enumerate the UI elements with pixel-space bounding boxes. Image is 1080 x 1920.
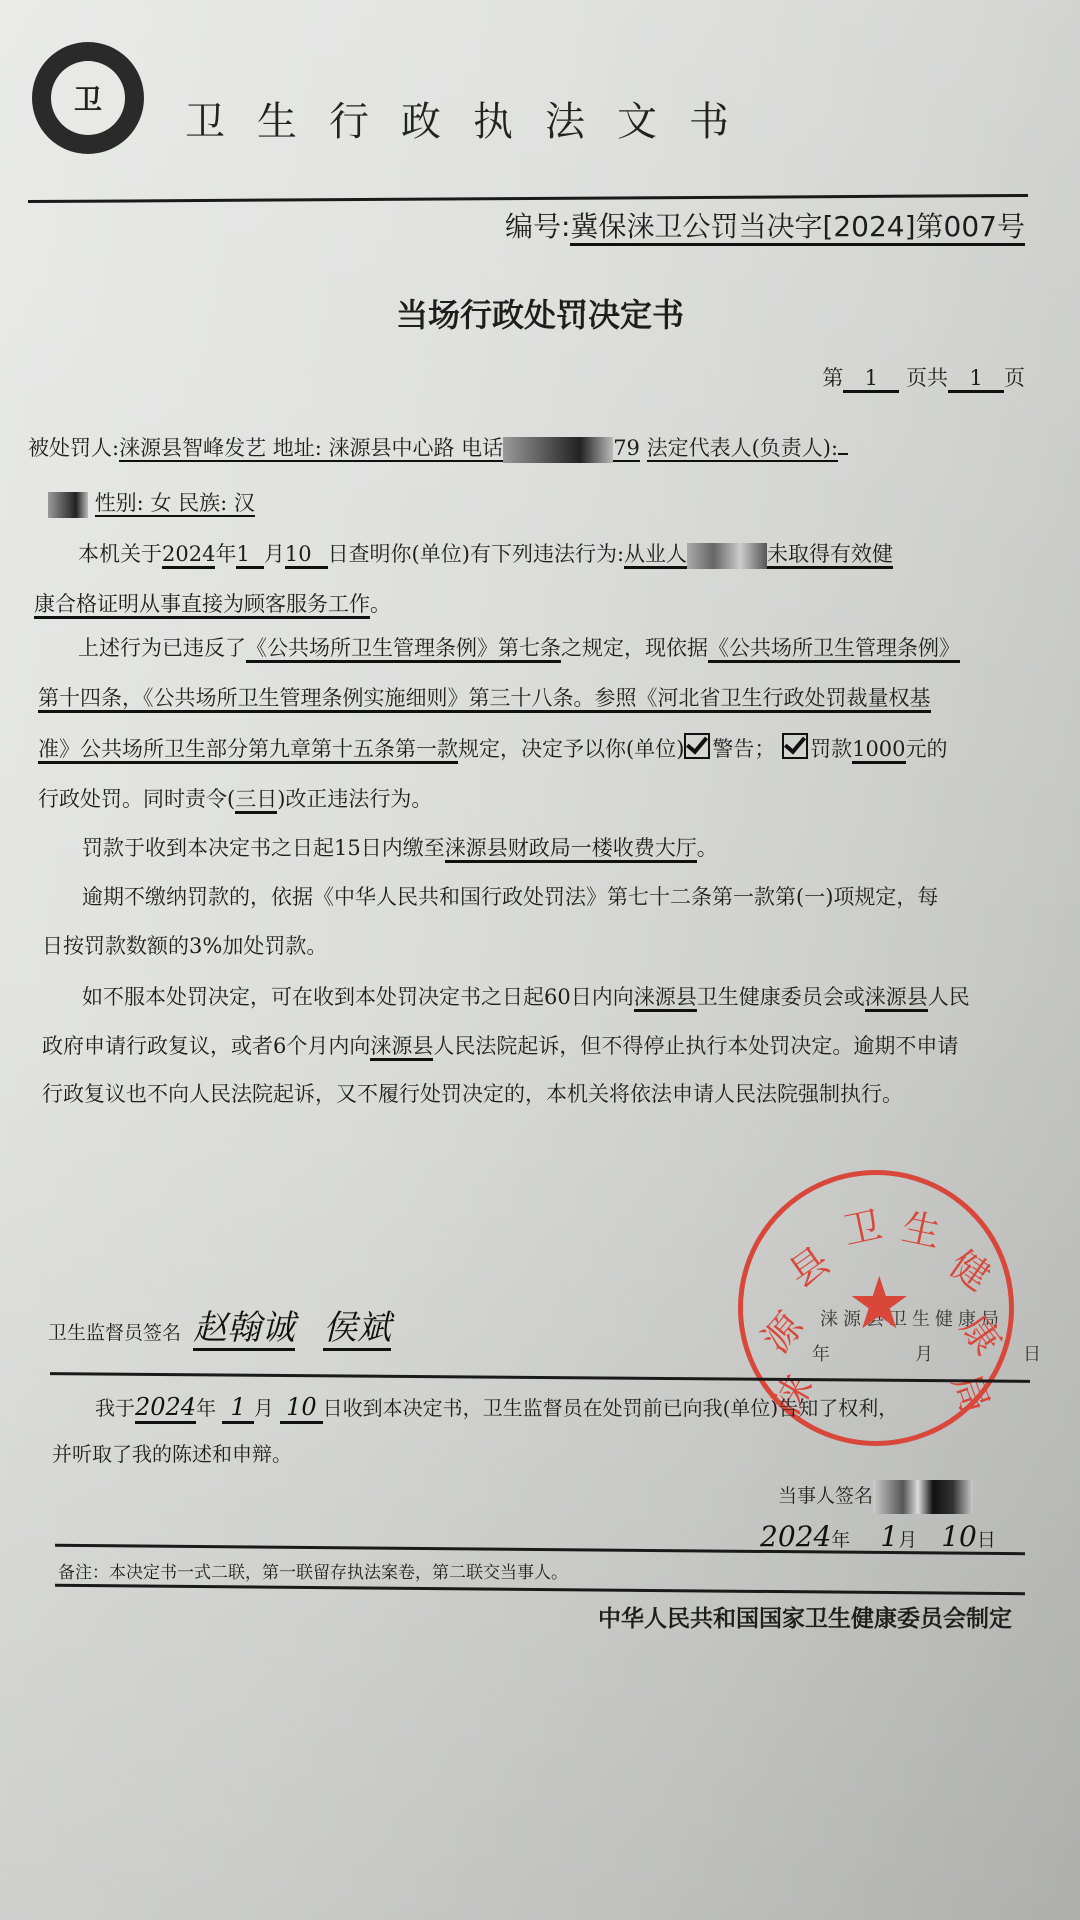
receipt-prefix: 我于 bbox=[95, 1396, 135, 1420]
law-basis: 《公共场所卫生管理条例》 bbox=[708, 636, 960, 663]
finding-line-2: 康合格证明从事直接为顾客服务工作。 bbox=[34, 588, 391, 618]
warning-label: 警告 bbox=[712, 737, 754, 761]
sign-day: 10 bbox=[941, 1520, 977, 1553]
inspector-signature-2: 侯斌 bbox=[323, 1308, 391, 1351]
remark: 备注：本决定书一式二联，第一联留存执法案卷，第二联交当事人。 bbox=[58, 1558, 568, 1583]
discretion-standard: 准》公共场所卫生部分第九章第十五条第一款 bbox=[38, 737, 458, 764]
inspector-label: 卫生监督员签名 bbox=[48, 1322, 181, 1344]
redacted-party-signature bbox=[873, 1480, 973, 1514]
party-line: 被处罚人:涞源县智峰发艺 地址: 涞源县中心路 电话79 法定代表人(负责人): bbox=[28, 432, 848, 463]
basis-line-1: 上述行为已违反了《公共场所卫生管理条例》第七条之规定，现依据《公共场所卫生管理条… bbox=[78, 632, 960, 662]
redacted-phone bbox=[503, 437, 613, 463]
document-number: 编号:冀保涞卫公罚当决字[2024]第007号 bbox=[505, 205, 1025, 245]
correction-text: 行政处罚。同时责令( bbox=[38, 787, 235, 811]
receipt-text: 日收到本决定书，卫生监督员在处罚前已向我(单位)告知了权利， bbox=[323, 1396, 899, 1420]
law-references: 第十四条，《公共场所卫生管理条例实施细则》第三十八条。参照《河北省卫生行政处罚裁… bbox=[38, 686, 931, 713]
receipt-month: 1 bbox=[222, 1393, 253, 1424]
overdue-line-1: 逾期不缴纳罚款的，依据《中华人民共和国行政处罚法》第七十二条第一款第(一)项规定… bbox=[82, 881, 938, 911]
inspector-signature-row: 卫生监督员签名 赵翰诚 侯斌 bbox=[48, 1300, 391, 1349]
separator: ； bbox=[754, 737, 775, 761]
month-suffix: 月 bbox=[264, 542, 285, 566]
finding-day: 10 bbox=[285, 542, 328, 569]
appeal-text: 如不服本处罚决定，可在收到本处罚决定书之日起60日内向 bbox=[82, 985, 634, 1009]
pager-prefix: 第 bbox=[822, 366, 843, 390]
month-suffix: 月 bbox=[254, 1396, 274, 1420]
party-signature-row: 当事人签名 bbox=[778, 1480, 973, 1514]
appeal-line-1: 如不服本处罚决定，可在收到本处罚决定书之日起60日内向涞源县卫生健康委员会或涞源… bbox=[82, 981, 970, 1011]
month-label: 月 bbox=[898, 1529, 917, 1551]
year-suffix: 年 bbox=[196, 1396, 216, 1420]
law-violated: 《公共场所卫生管理条例》第七条 bbox=[246, 636, 561, 663]
finding-line: 本机关于2024年1月10日查明你(单位)有下列违法行为:从业人未取得有效健 bbox=[78, 538, 893, 569]
series-title: 卫生行政执法文书 bbox=[185, 90, 761, 147]
sign-month: 1 bbox=[880, 1520, 898, 1553]
emblem-center: 卫 bbox=[51, 61, 125, 135]
correction-deadline: 三日 bbox=[235, 787, 277, 814]
pager-middle: 页共 bbox=[906, 366, 948, 390]
redacted-rep-name bbox=[48, 492, 88, 518]
year-label: 年 bbox=[831, 1529, 850, 1551]
correction-text: )改正违法行为。 bbox=[277, 787, 432, 811]
basis-line-2: 第十四条，《公共场所卫生管理条例实施细则》第三十八条。参照《河北省卫生行政处罚裁… bbox=[38, 682, 931, 712]
county: 涞源县 bbox=[865, 985, 928, 1012]
receipt-day: 10 bbox=[280, 1393, 323, 1424]
issuing-authority-footer: 中华人民共和国国家卫生健康委员会制定 bbox=[598, 1600, 1012, 1633]
appeal-text: 政府申请行政复议，或者6个月内向 bbox=[42, 1034, 370, 1058]
payment-line: 罚款于收到本决定书之日起15日内缴至涞源县财政局一楼收费大厅。 bbox=[82, 832, 718, 862]
page-indicator: 第1 页共1页 bbox=[822, 362, 1025, 393]
overdue-line-2: 日按罚款数额的3%加处罚款。 bbox=[42, 930, 327, 960]
current-page: 1 bbox=[843, 366, 899, 393]
violation-end: 康合格证明从事直接为顾客服务工作 bbox=[34, 592, 370, 619]
violation-start: 从业人 bbox=[624, 542, 687, 569]
redacted-employee bbox=[687, 543, 767, 569]
party-name-address: 涞源县智峰发艺 地址: 涞源县中心路 电话 bbox=[119, 436, 503, 462]
fine-suffix: 元的 bbox=[906, 737, 948, 761]
appeal-line-3: 行政复议也不向人民法院起诉，又不履行处罚决定的，本机关将依法申请人民法院强制执行… bbox=[42, 1078, 903, 1108]
violation-mid: 未取得有效健 bbox=[767, 542, 893, 569]
decision-text: 规定，决定予以你(单位) bbox=[458, 737, 684, 761]
day-suffix: 日查明你(单位)有下列违法行为: bbox=[328, 542, 624, 566]
payment-place: 涞源县财政局一楼收费大厅 bbox=[445, 836, 697, 863]
receipt-line-2: 并听取了我的陈述和申辩。 bbox=[52, 1438, 292, 1467]
pager-suffix: 页 bbox=[1004, 366, 1025, 390]
total-pages: 1 bbox=[948, 366, 1004, 393]
fine-checkbox[interactable] bbox=[782, 733, 808, 759]
phone-tail: 79 bbox=[613, 436, 640, 462]
warning-checkbox[interactable] bbox=[684, 733, 710, 759]
receipt-year: 2024 bbox=[135, 1393, 196, 1424]
document-number-value: 冀保涞卫公罚当决字[2024]第007号 bbox=[570, 210, 1025, 246]
year-suffix: 年 bbox=[215, 542, 236, 566]
payment-text: 罚款于收到本决定书之日起15日内缴至 bbox=[82, 836, 445, 860]
legal-rep-label: 法定代表人(负责人): bbox=[647, 436, 838, 462]
receipt-line-1: 我于2024年 1月 10日收到本决定书，卫生监督员在处罚前已向我(单位)告知了… bbox=[95, 1392, 898, 1421]
appeal-text: 人民法院起诉，但不得停止执行本处罚决定。逾期不申请 bbox=[433, 1034, 958, 1058]
sign-year: 2024 bbox=[760, 1520, 831, 1553]
fine-label: 罚款 bbox=[810, 737, 852, 761]
basis-text: 上述行为已违反了 bbox=[78, 636, 246, 660]
day-label: 日 bbox=[977, 1529, 996, 1551]
party-line-2: 性别: 女 民族: 汉 bbox=[48, 487, 255, 518]
fine-amount: 1000 bbox=[852, 737, 905, 764]
basis-line-3: 准》公共场所卫生部分第九章第十五条第一款规定，决定予以你(单位)警告； 罚款10… bbox=[38, 733, 948, 763]
basis-text: 之规定，现依据 bbox=[561, 636, 708, 660]
party-sign-date: 2024年 1月 10日 bbox=[760, 1520, 996, 1553]
party-signature-label: 当事人签名 bbox=[778, 1485, 873, 1507]
finding-month: 1 bbox=[236, 542, 263, 569]
basis-line-4: 行政处罚。同时责令(三日)改正违法行为。 bbox=[38, 783, 432, 813]
finding-year: 2024 bbox=[162, 542, 215, 569]
county: 涞源县 bbox=[370, 1034, 433, 1061]
remark-bottom-rule bbox=[55, 1584, 1025, 1595]
county: 涞源县 bbox=[634, 985, 697, 1012]
finding-prefix: 本机关于 bbox=[78, 542, 162, 566]
page-title: 当场行政处罚决定书 bbox=[0, 290, 1080, 336]
inspector-signature-1: 赵翰诚 bbox=[193, 1308, 295, 1351]
payment-end: 。 bbox=[697, 836, 718, 860]
party-label: 被处罚人: bbox=[28, 436, 119, 460]
gender-ethnicity: 性别: 女 民族: 汉 bbox=[95, 491, 255, 517]
issuer-day-label: 日 bbox=[1023, 1344, 1041, 1365]
appeal-text: 卫生健康委员会或 bbox=[697, 985, 865, 1009]
violation-tail: 。 bbox=[370, 592, 391, 616]
header-rule bbox=[28, 194, 1028, 203]
appeal-line-2: 政府申请行政复议，或者6个月内向涞源县人民法院起诉，但不得停止执行本处罚决定。逾… bbox=[42, 1030, 958, 1060]
document-number-label: 编号: bbox=[505, 210, 570, 243]
emblem-logo-icon: 卫 bbox=[32, 42, 144, 154]
appeal-text: 人民 bbox=[928, 985, 970, 1009]
